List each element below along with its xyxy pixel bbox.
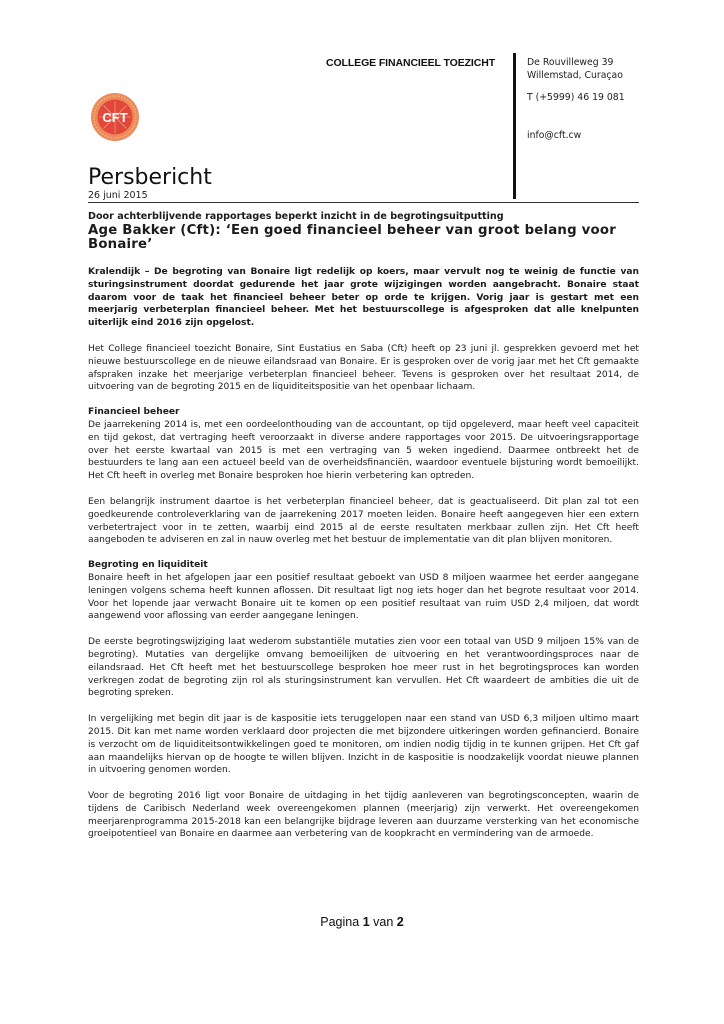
paragraph: Voor de begroting 2016 ligt voor Bonaire… [88,790,639,841]
phone-number: T (+5999) 46 19 081 [527,92,625,105]
contact-block: De Rouvilleweg 39 Willemstad, Curaçao T … [527,57,625,142]
cft-logo: CFT [90,92,140,160]
article-headline: Age Bakker (Cft): ‘Een goed financieel b… [88,224,639,252]
article-subheading: Door achterblijvende rapportages beperkt… [88,211,639,223]
article-intro: Het College financieel toezicht Bonaire,… [88,343,639,394]
publication-date: 26 juni 2015 [88,190,639,201]
address-line-2: Willemstad, Curaçao [527,70,625,83]
paragraph: In vergelijking met begin dit jaar is de… [88,713,639,777]
article-body: Door achterblijvende rapportages beperkt… [88,211,639,841]
article-lead: Kralendijk – De begroting van Bonaire li… [88,266,639,330]
svg-text:CFT: CFT [102,110,127,125]
total-pages: 2 [397,915,404,929]
current-page: 1 [363,915,370,929]
section-heading-financieel-beheer: Financieel beheer [88,406,639,419]
document-type-title: Persbericht [88,166,639,190]
email-link[interactable]: info@cft.cw [527,130,625,143]
paragraph: De eerste begrotingswijziging laat weder… [88,636,639,700]
paragraph: Een belangrijk instrument daartoe is het… [88,496,639,547]
page-number: Pagina 1 van 2 [0,915,724,929]
title-block: Persbericht 26 juni 2015 [88,166,639,203]
title-divider [88,202,639,203]
organization-name: COLLEGE FINANCIEEL TOEZICHT [326,57,495,69]
paragraph: De jaarrekening 2014 is, met een oordeel… [88,419,639,483]
cft-logo-icon: CFT [90,92,140,142]
address-line-1: De Rouvilleweg 39 [527,57,625,70]
paragraph: Bonaire heeft in het afgelopen jaar een … [88,572,639,623]
section-heading-begroting-en-liquiditeit: Begroting en liquiditeit [88,559,639,572]
